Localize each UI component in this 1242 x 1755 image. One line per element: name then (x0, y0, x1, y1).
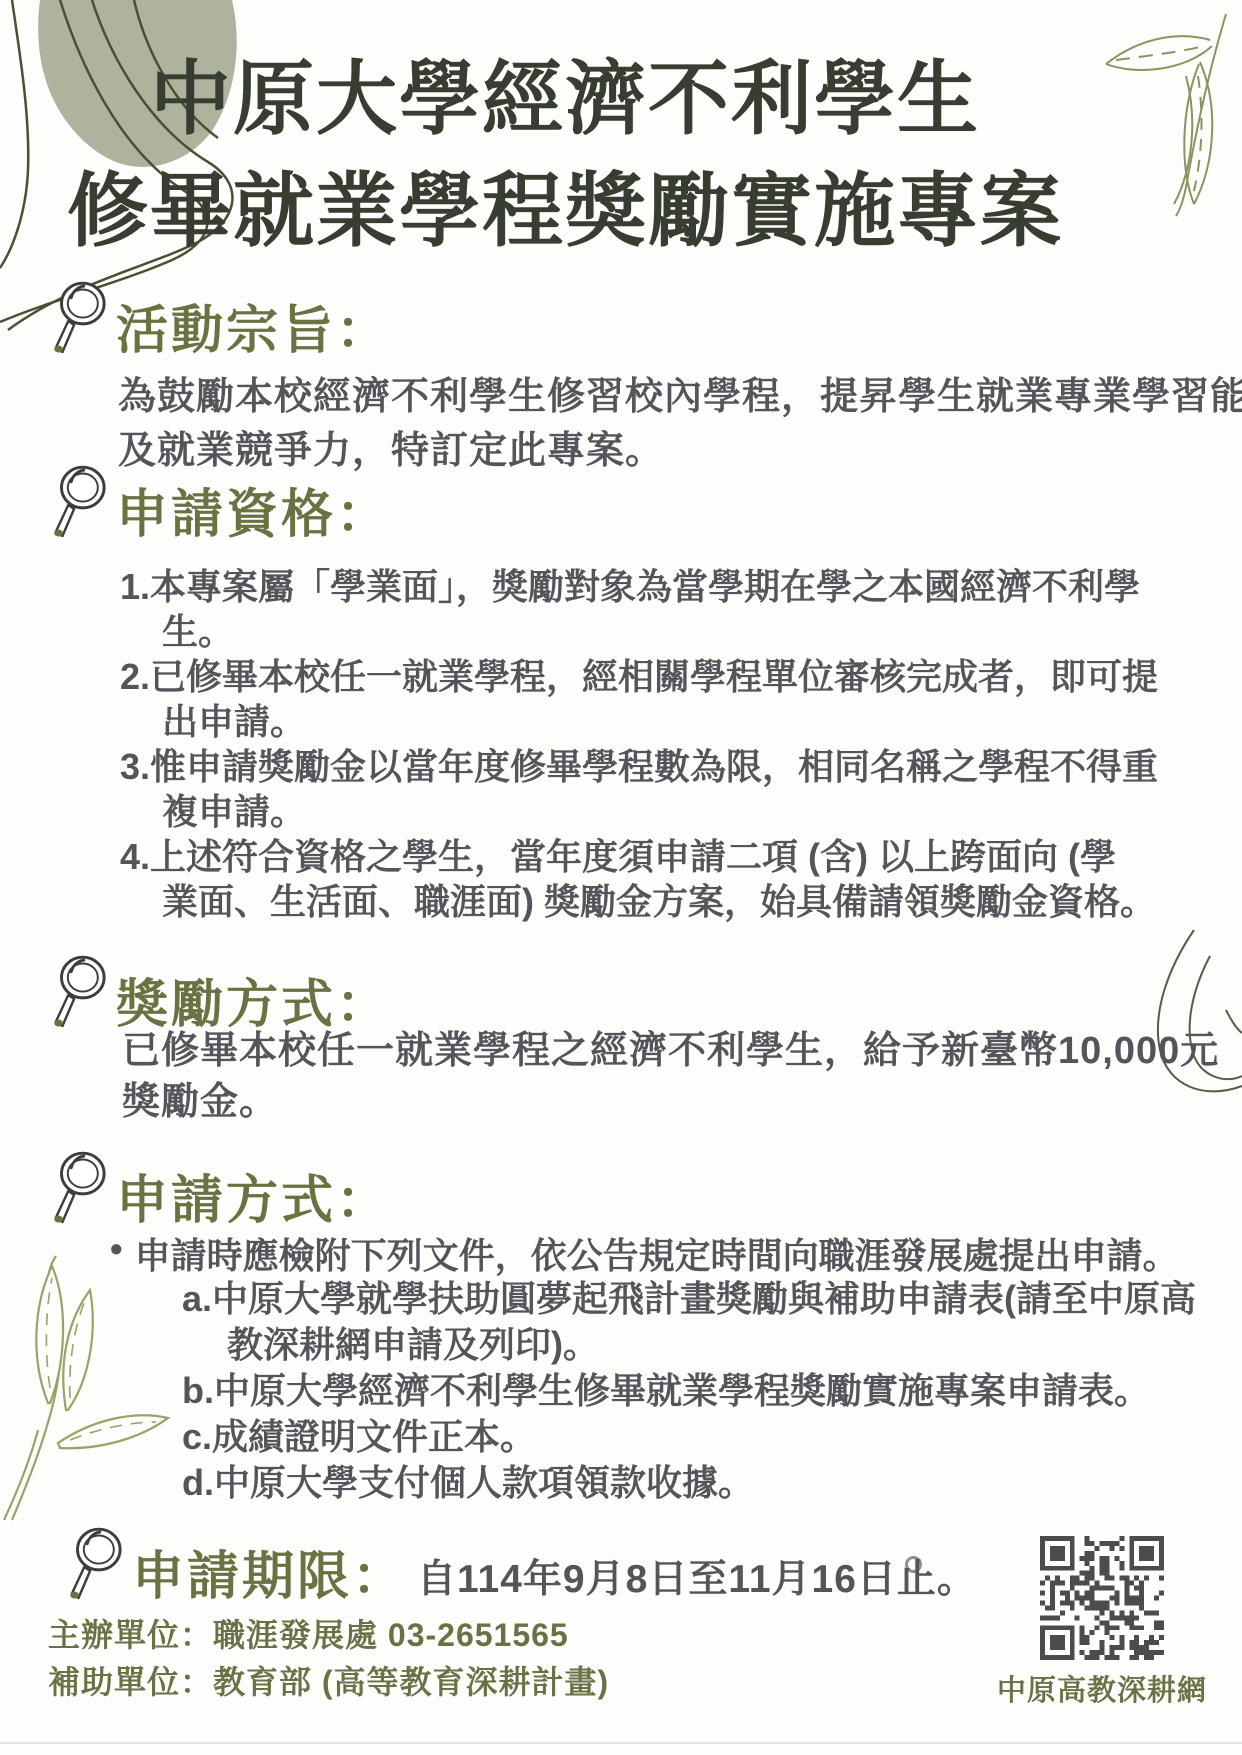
application-heading: 申請方式： (116, 1158, 391, 1233)
purpose-heading: 活動宗旨： (116, 288, 391, 363)
section-application-heading: 申請方式： (46, 1146, 391, 1234)
section-purpose-heading: 活動宗旨： (46, 276, 391, 364)
application-bullet-line: • 申請時應檢附下列文件，依公告規定時間向職涯發展處提出申請。 (110, 1228, 1179, 1279)
list-item: d.中原大學支付個人款項領款收據。 (182, 1460, 1196, 1506)
list-item: c.成績證明文件正本。 (182, 1414, 1196, 1460)
application-document-list: a.中原大學就學扶助圓夢起飛計畫獎勵與補助申請表(請至中原高 教深耕網申請及列印… (182, 1276, 1196, 1506)
application-bullet-text: 申請時應檢附下列文件，依公告規定時間向職涯發展處提出申請。 (135, 1228, 1179, 1279)
eligibility-heading: 申請資格： (116, 472, 391, 547)
poster-title: 中原大學經濟不利學生 修畢就業學程獎勵實施專案 (0, 44, 1130, 268)
magnifier-icon (46, 276, 108, 364)
title-line-1: 中原大學經濟不利學生 (0, 44, 1130, 156)
organizer-line: 主辦單位：職涯發展處 03-2651565 (48, 1612, 609, 1659)
olive-branch-decoration (0, 1238, 180, 1523)
list-item: 2.已修畢本校任一就業學程，經相關學程單位審核完成者，即可提 出申請。 (120, 654, 1158, 744)
section-eligibility-heading: 申請資格： (46, 460, 391, 548)
qr-caption: 中原高教深耕網 (980, 1668, 1224, 1709)
list-item: b.中原大學經濟不利學生修畢就業學程獎勵實施專案申請表。 (182, 1368, 1196, 1414)
scan-artifact-line (0, 1742, 1242, 1744)
magnifier-icon (46, 1146, 108, 1234)
footer: 主辦單位：職涯發展處 03-2651565 補助單位：教育部 (高等教育深耕計畫… (48, 1612, 609, 1706)
title-line-2: 修畢就業學程獎勵實施專案 (0, 156, 1130, 268)
section-reward-heading: 獎勵方式： (46, 950, 391, 1038)
list-item: 3.惟申請獎勵金以當年度修畢學程數為限，相同名稱之學程不得重 複申請。 (120, 744, 1158, 834)
list-item: a.中原大學就學扶助圓夢起飛計畫獎勵與補助申請表(請至中原高 教深耕網申請及列印… (182, 1276, 1196, 1368)
section-deadline: 申請期限： 自114年9月8日至11月16日止。 (62, 1522, 977, 1610)
deadline-date: 自114年9月8日至11月16日止。 (417, 1548, 977, 1604)
sponsor-line: 補助單位：教育部 (高等教育深耕計畫) (48, 1659, 609, 1706)
reward-line: 獎勵金。 (122, 1077, 1219, 1128)
magnifier-icon (46, 950, 108, 1038)
reward-line: 已修畢本校任一就業學程之經濟不利學生，給予新臺幣10,000元 (122, 1026, 1219, 1077)
magnifier-icon (46, 460, 108, 548)
list-item: 4.上述符合資格之學生，當年度須申請二項 (含) 以上跨面向 (學 業面、生活面… (120, 834, 1158, 924)
bullet-dot: • (110, 1228, 123, 1279)
purpose-line: 為鼓勵本校經濟不利學生修習校內學程，提昇學生就業專業學習能力 (118, 370, 1242, 424)
deadline-heading: 申請期限： (132, 1534, 407, 1609)
magnifier-icon (62, 1522, 124, 1610)
qr-code (1040, 1536, 1164, 1660)
reward-body: 已修畢本校任一就業學程之經濟不利學生，給予新臺幣10,000元 獎勵金。 (122, 1026, 1219, 1128)
eligibility-list: 1.本專案屬「學業面」，獎勵對象為當學期在學之本國經濟不利學 生。 2.已修畢本… (120, 564, 1158, 924)
poster-page: 中原大學經濟不利學生 修畢就業學程獎勵實施專案 活動宗旨： 為鼓勵本校經濟不利學… (0, 0, 1242, 1755)
list-item: 1.本專案屬「學業面」，獎勵對象為當學期在學之本國經濟不利學 生。 (120, 564, 1158, 654)
